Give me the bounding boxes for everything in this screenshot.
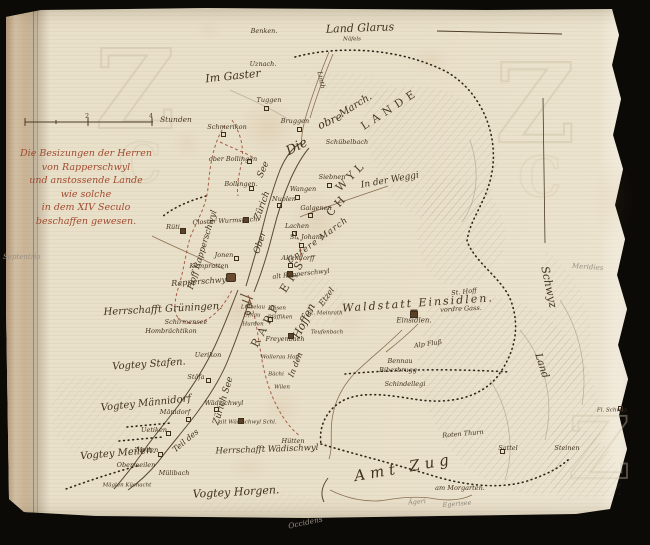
settlement-symbol	[180, 228, 186, 234]
settlement-symbol	[158, 452, 163, 457]
cartouche-line: wie solche	[10, 188, 162, 202]
map-label: Roten Thurn	[442, 429, 484, 439]
map-label: Stäfa	[187, 374, 204, 381]
map-label: Wädischwyl	[205, 400, 244, 407]
map-label: Einsidlen.	[396, 318, 431, 325]
settlement-symbol	[264, 106, 269, 111]
map-label: Lützelau	[241, 305, 265, 311]
map-label: Ober	[253, 231, 269, 255]
photographed-manuscript-map: Z C Z C Z	[0, 0, 650, 545]
map-label: Vogtey Stafen.	[112, 357, 186, 372]
map-label: Etzel	[318, 286, 336, 307]
settlement-symbol	[295, 195, 300, 200]
scale-unit-label: Stunden	[160, 115, 192, 124]
map-label: Uerikon	[195, 352, 222, 359]
cartouche-line: beschaffen gewesen.	[10, 215, 162, 229]
settlement-symbol	[327, 183, 332, 188]
settlement-symbol	[308, 213, 313, 218]
map-label: Ufnau	[243, 313, 260, 319]
map-label: Bruggen	[281, 118, 309, 125]
map-label: Schirmensee	[165, 319, 208, 326]
map-label: Bächi	[268, 372, 284, 378]
cartouche-line: Die Besizungen der Herren	[10, 147, 162, 161]
map-label: Teil des	[172, 428, 201, 454]
map-label: Kempratten	[189, 263, 228, 270]
map-labels-layer: Land GlarusNäfelsIm GasterDieobreMarch.I…	[0, 0, 650, 545]
settlement-symbol	[287, 271, 293, 277]
map-label: Wollerau Hoff	[261, 355, 300, 361]
map-label: Obermeilen	[117, 462, 156, 469]
map-label: Amt Zug	[353, 452, 455, 484]
scale-tick-label: 2	[85, 112, 89, 120]
map-label: Bennau	[387, 358, 412, 365]
map-label: Biberbrugg	[379, 367, 417, 374]
cartouche-line: in dem XIV Seculo	[10, 201, 162, 215]
settlement-symbol	[299, 243, 304, 248]
settlement-symbol	[214, 407, 219, 412]
settlement-symbol	[249, 186, 254, 191]
settlement-symbol	[268, 317, 273, 322]
map-label: Teufenbach	[311, 330, 343, 336]
map-label: Nuolen	[272, 196, 296, 203]
map-label: Herrschafft Grüningen.	[103, 302, 222, 318]
settlement-symbol	[238, 418, 244, 424]
settlement-symbol	[186, 417, 191, 422]
map-label: Ägeri	[408, 498, 426, 506]
map-label: Land	[532, 352, 549, 379]
margin-note-septentrio: Septentrio	[3, 253, 41, 261]
settlement-symbol	[288, 333, 294, 339]
map-label: In der Weggi	[360, 171, 419, 190]
map-label: Mülibach	[159, 470, 190, 477]
map-label: Die	[284, 136, 310, 158]
map-label: Hurden	[242, 322, 263, 328]
map-label: Wangen	[290, 186, 316, 193]
map-label: Schmerikon	[207, 124, 247, 131]
map-label: Wilen	[274, 385, 290, 391]
map-label: Altendorff	[281, 255, 314, 262]
map-label: Freyenbach	[265, 336, 304, 343]
settlement-symbol	[292, 231, 297, 236]
map-label: Schübelbach	[326, 139, 368, 146]
map-label: Uznach.	[250, 61, 277, 68]
map-label: Schindellegi	[385, 381, 426, 388]
settlement-symbol	[500, 449, 505, 454]
map-label: Alp Fluß	[414, 339, 443, 349]
settlement-symbol	[243, 217, 249, 223]
map-label: Rüti	[166, 224, 180, 231]
map-label: Näfels	[343, 37, 361, 43]
map-label: Mänidorf	[160, 409, 190, 416]
map-label: Herrschafft Wädischwyl	[215, 444, 318, 456]
settlement-symbol	[234, 256, 239, 261]
settlement-symbol	[288, 263, 293, 268]
map-label: Land Glarus	[326, 21, 395, 34]
map-label: Im Gaster	[205, 68, 261, 85]
map-label: Egerisee	[442, 499, 471, 508]
town-symbol	[226, 273, 236, 282]
map-label: See	[256, 160, 271, 179]
map-label: vordre Gass.	[440, 305, 482, 314]
settlement-symbol	[221, 132, 226, 137]
settlement-symbol	[277, 203, 282, 208]
map-label: Hüsen	[268, 306, 286, 312]
map-label: Tuggen	[257, 97, 282, 104]
map-label: Galgenen	[300, 205, 331, 212]
map-label: Benken.	[251, 28, 278, 35]
map-label: alt Wädischwyl Schl.	[219, 420, 276, 426]
cartouche-line: und anstossende Lande	[10, 174, 162, 188]
map-label: Schwyz	[539, 265, 559, 309]
map-label: Jonen	[215, 252, 234, 259]
map-label: am Morgarten.	[435, 485, 485, 492]
map-label: alt Rapperschwyl	[272, 268, 330, 280]
settlement-symbol	[618, 406, 623, 411]
cartouche-line: von Rapperschwyl	[10, 161, 162, 175]
map-label: Vogtey Horgen.	[192, 484, 279, 500]
map-label: Mäglen Küsnacht	[103, 483, 152, 489]
map-label: Rapperschwyl	[171, 276, 229, 288]
map-label: Hütten	[281, 438, 304, 445]
map-label: Meilen	[136, 447, 159, 454]
map-label: Siebnen	[319, 174, 346, 181]
title-cartouche: Die Besizungen der Herrenvon Rapperschwy…	[10, 147, 162, 228]
settlement-symbol	[297, 127, 302, 132]
settlement-symbol	[247, 159, 252, 164]
settlement-symbol	[166, 431, 171, 436]
monastery-symbol	[410, 311, 418, 318]
map-label: Closter Wurmspach.	[192, 216, 259, 226]
map-label: Steinen	[554, 445, 579, 452]
map-label: Uetiken	[141, 427, 167, 434]
map-label: Hombrächtikon	[145, 328, 196, 335]
scale-tick-label: 4	[149, 112, 153, 120]
settlement-symbol	[206, 378, 211, 383]
map-label: Lachen	[285, 223, 309, 230]
map-label: Linth	[316, 71, 326, 89]
map-label: St. Meinrath	[307, 311, 342, 317]
